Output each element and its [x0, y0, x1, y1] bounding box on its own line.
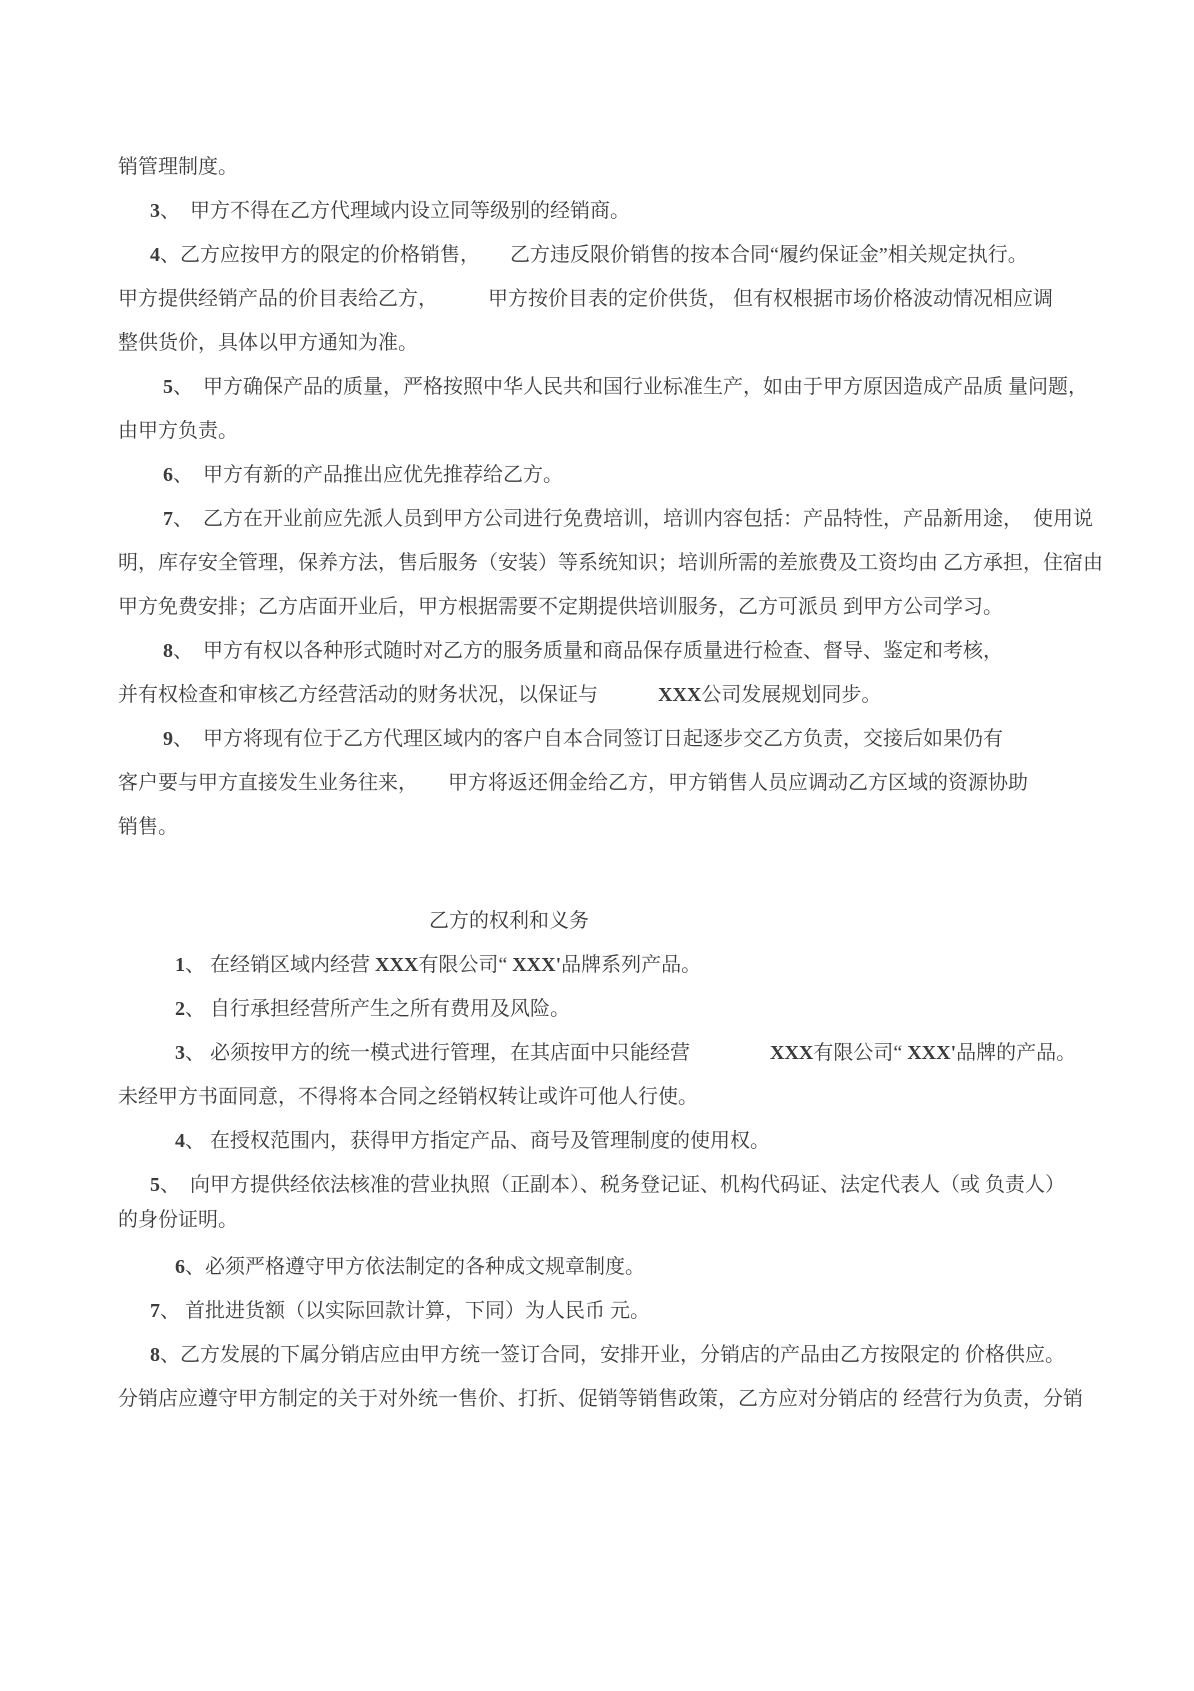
clause-line: 8、乙方发展的下属分销店应由甲方统一签订合同，安排开业，分销店的产品由乙方按限定…	[118, 1333, 1166, 1377]
text: 并有权检查和审核乙方经营活动的财务状况，以保证与	[118, 684, 658, 706]
text: 、 在经销区域内经营	[185, 954, 375, 976]
text-line: 销售。	[118, 805, 1166, 849]
text-line: 明，库存安全管理，保养方法，售后服务（安装）等系统知识；培训所需的差旅费及工资均…	[118, 541, 1166, 585]
clause-line: 1、 在经销区域内经营 XXX有限公司“ XXX'品牌系列产品。	[118, 943, 1166, 987]
document-page: 销管理制度。3、 甲方不得在乙方代理域内设立同等级别的经销商。4、乙方应按甲方的…	[0, 0, 1194, 1691]
bold-text: 4	[150, 244, 160, 266]
text: 甲方免费安排；乙方店面开业后，甲方根据需要不定期提供培训服务，乙方可派员 到甲方…	[118, 596, 1003, 618]
text-line: 分销店应遵守甲方制定的关于对外统一售价、打折、促销等销售政策，乙方应对分销店的 …	[118, 1377, 1166, 1421]
text: 明，库存安全管理，保养方法，售后服务（安装）等系统知识；培训所需的差旅费及工资均…	[118, 552, 1103, 574]
text: 乙方的权利和义务	[429, 910, 589, 932]
bold-text: 9	[163, 728, 173, 750]
text: 品牌的产品。	[956, 1042, 1076, 1064]
bold-text: 7	[163, 508, 173, 530]
text-line: 的身份证明。	[118, 1207, 1166, 1233]
text: 整供货价，具体以甲方通知为准。	[118, 332, 418, 354]
bold-text: XXX	[658, 684, 701, 706]
text: 、 甲方有权以各种形式随时对乙方的服务质量和商品保存质量进行检查、督导、鉴定和考…	[173, 640, 1003, 662]
text: 未经甲方书面同意，不得将本合同之经销权转让或许可他人行使。	[118, 1086, 698, 1108]
text: 由甲方负责。	[118, 420, 238, 442]
bold-text: 8	[163, 640, 173, 662]
text: 、 首批进货额（以实际回款计算，下同）为人民币 元。	[160, 1300, 650, 1322]
bold-text: 4	[175, 1130, 185, 1152]
bold-text: 8	[150, 1344, 160, 1366]
clause-line: 4、 在授权范围内，获得甲方指定产品、商号及管理制度的使用权。	[118, 1119, 1166, 1163]
clause-line: 7、 乙方在开业前应先派人员到甲方公司进行免费培训，培训内容包括：产品特性，产品…	[118, 497, 1166, 541]
bold-text: XXX'	[907, 1042, 956, 1064]
text: 、乙方应按甲方的限定的价格销售， 乙方违反限价销售的按本合同“履约保证金”相关规…	[160, 244, 1028, 266]
clause-line: 3、 必须按甲方的统一模式进行管理，在其店面中只能经营 XXX有限公司“ XXX…	[118, 1031, 1166, 1075]
bold-text: 6	[175, 1256, 185, 1278]
text: 有限公司“	[813, 1042, 907, 1064]
text: 、 在授权范围内，获得甲方指定产品、商号及管理制度的使用权。	[185, 1130, 770, 1152]
text: 客户要与甲方直接发生业务往来， 甲方将返还佣金给乙方，甲方销售人员应调动乙方区域…	[118, 772, 1028, 794]
text-line: 并有权检查和审核乙方经营活动的财务状况，以保证与 XXX公司发展规划同步。	[118, 673, 1166, 717]
text-line: 整供货价，具体以甲方通知为准。	[118, 321, 1166, 365]
clause-line: 6、必须严格遵守甲方依法制定的各种成文规章制度。	[118, 1245, 1166, 1289]
text-line: 甲方提供经销产品的价目表给乙方， 甲方按价目表的定价供货， 但有权根据市场价格波…	[118, 277, 1166, 321]
text-line: 甲方免费安排；乙方店面开业后，甲方根据需要不定期提供培训服务，乙方可派员 到甲方…	[118, 585, 1166, 629]
text: 、 向甲方提供经依法核准的营业执照（正副本）、税务登记证、机构代码证、法定代表人…	[160, 1174, 1065, 1196]
bold-text: 3	[175, 1042, 185, 1064]
text: 的身份证明。	[118, 1209, 238, 1231]
bold-text: XXX	[770, 1042, 813, 1064]
text-line: 未经甲方书面同意，不得将本合同之经销权转让或许可他人行使。	[118, 1075, 1166, 1119]
text: 、乙方发展的下属分销店应由甲方统一签订合同，安排开业，分销店的产品由乙方按限定的…	[160, 1344, 1065, 1366]
clause-line: 9、 甲方将现有位于乙方代理区域内的客户自本合同签订日起逐步交乙方负责，交接后如…	[118, 717, 1166, 761]
text: 公司发展规划同步。	[701, 684, 881, 706]
text: 、必须严格遵守甲方依法制定的各种成文规章制度。	[185, 1256, 645, 1278]
clause-line: 4、乙方应按甲方的限定的价格销售， 乙方违反限价销售的按本合同“履约保证金”相关…	[118, 233, 1166, 277]
clause-line: 2、 自行承担经营所产生之所有费用及风险。	[118, 987, 1166, 1031]
bold-text: 5	[150, 1174, 160, 1196]
bold-text: 2	[175, 998, 185, 1020]
clause-line: 8、 甲方有权以各种形式随时对乙方的服务质量和商品保存质量进行检查、督导、鉴定和…	[118, 629, 1166, 673]
text: 、 甲方确保产品的质量，严格按照中华人民共和国行业标准生产，如由于甲方原因造成产…	[173, 376, 1088, 398]
text: 、 甲方有新的产品推出应优先推荐给乙方。	[173, 464, 563, 486]
bold-text: XXX'	[512, 954, 561, 976]
clause-line: 5、 甲方确保产品的质量，严格按照中华人民共和国行业标准生产，如由于甲方原因造成…	[118, 365, 1166, 409]
text: 甲方提供经销产品的价目表给乙方， 甲方按价目表的定价供货， 但有权根据市场价格波…	[118, 288, 1053, 310]
text: 、 甲方将现有位于乙方代理区域内的客户自本合同签订日起逐步交乙方负责，交接后如果…	[173, 728, 1003, 750]
bold-text: 1	[175, 954, 185, 976]
text: 品牌系列产品。	[561, 954, 701, 976]
bold-text: 7	[150, 1300, 160, 1322]
text-line: 由甲方负责。	[118, 409, 1166, 453]
bold-text: 3	[150, 200, 160, 222]
document-body: 销管理制度。3、 甲方不得在乙方代理域内设立同等级别的经销商。4、乙方应按甲方的…	[0, 0, 1194, 1421]
text: 、 乙方在开业前应先派人员到甲方公司进行免费培训，培训内容包括：产品特性，产品新…	[173, 508, 1093, 530]
bold-text: 5	[163, 376, 173, 398]
text: 销管理制度。	[118, 156, 238, 178]
clause-line: 7、 首批进货额（以实际回款计算，下同）为人民币 元。	[118, 1289, 1166, 1333]
text-line: 销管理制度。	[118, 145, 1166, 189]
clause-line: 3、 甲方不得在乙方代理域内设立同等级别的经销商。	[118, 189, 1166, 233]
section-heading: 乙方的权利和义务	[118, 899, 1166, 943]
text: 、 甲方不得在乙方代理域内设立同等级别的经销商。	[160, 200, 630, 222]
bold-text: 6	[163, 464, 173, 486]
bold-text: XXX	[375, 954, 418, 976]
text-line: 客户要与甲方直接发生业务往来， 甲方将返还佣金给乙方，甲方销售人员应调动乙方区域…	[118, 761, 1166, 805]
clause-line: 6、 甲方有新的产品推出应优先推荐给乙方。	[118, 453, 1166, 497]
text: 、 自行承担经营所产生之所有费用及风险。	[185, 998, 570, 1020]
text: 、 必须按甲方的统一模式进行管理，在其店面中只能经营	[185, 1042, 770, 1064]
text: 分销店应遵守甲方制定的关于对外统一售价、打折、促销等销售政策，乙方应对分销店的 …	[118, 1388, 1083, 1410]
clause-line: 5、 向甲方提供经依法核准的营业执照（正副本）、税务登记证、机构代码证、法定代表…	[118, 1163, 1166, 1207]
text: 销售。	[118, 816, 178, 838]
text: 有限公司“	[418, 954, 512, 976]
